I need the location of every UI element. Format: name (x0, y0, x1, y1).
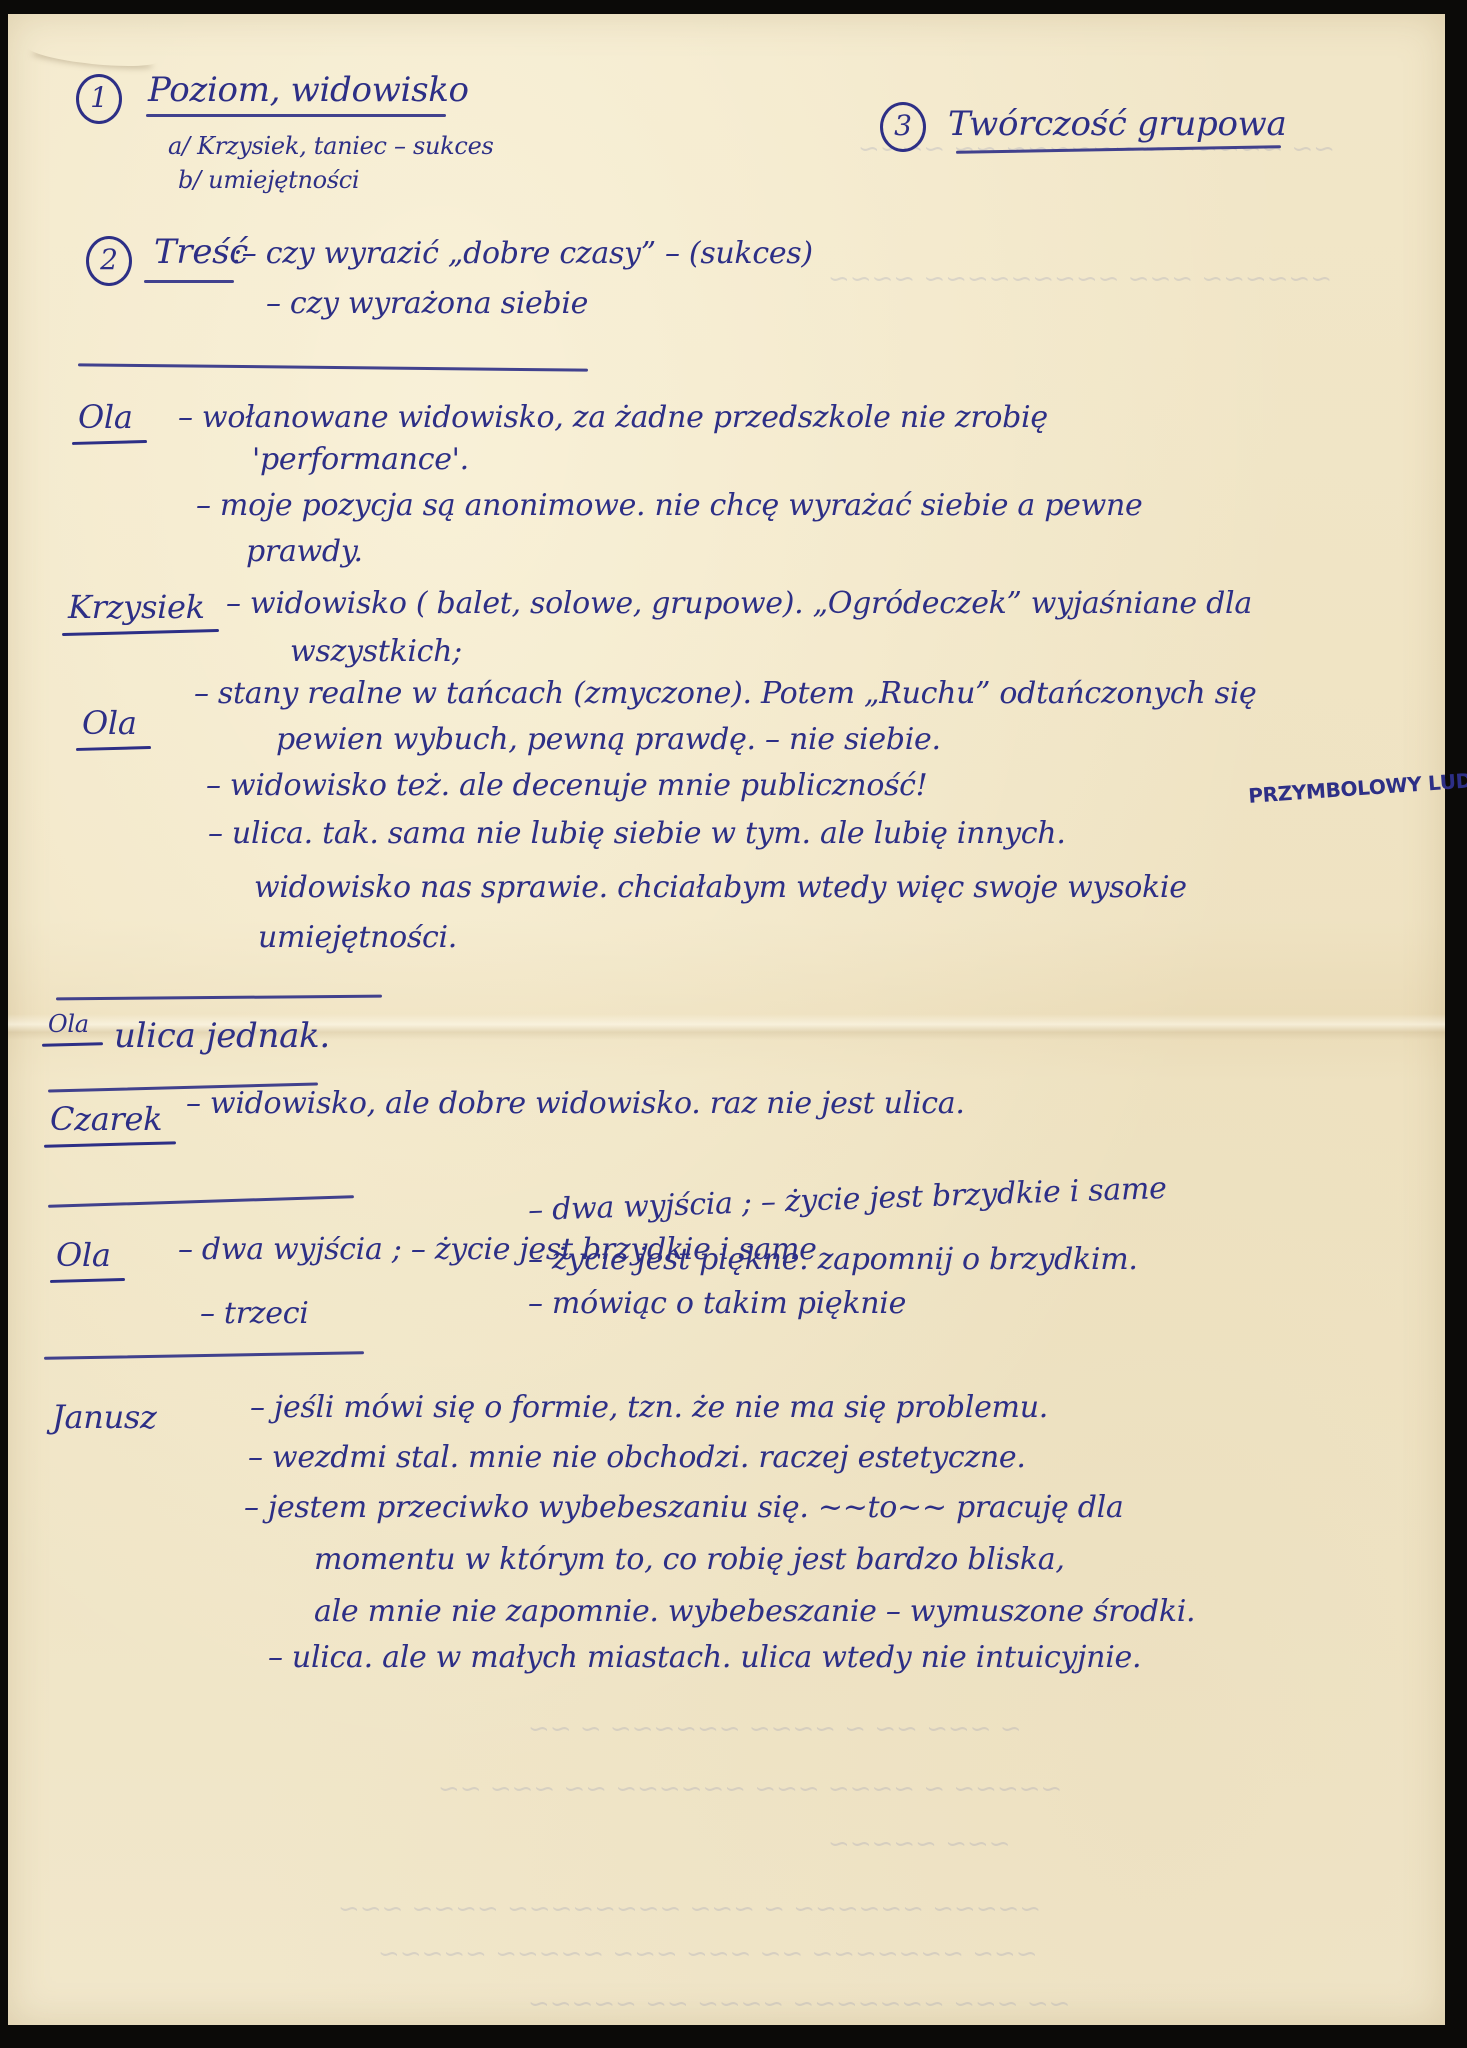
entry-line: – widowisko, ale dobre widowisko. raz ni… (186, 1086, 965, 1121)
entry-divider (44, 1351, 364, 1360)
entry-line: pewien wybuch, pewną prawdę. – nie siebi… (276, 722, 941, 757)
heading-1-title: Poziom, widowisko (148, 70, 469, 110)
entry-line: – jestem przeciwko wybebeszaniu się. ~~t… (244, 1490, 1124, 1525)
margin-note: PRZYMBOLOWY LUDZIE.!! (1248, 764, 1467, 808)
speaker-label: Ola (78, 398, 133, 436)
speaker-label: Czarek (50, 1100, 162, 1138)
entry-line: – widowisko ( balet, solowe, grupowe). „… (226, 586, 1252, 621)
entry-line: ale mnie nie zapomnie. wybebeszanie – wy… (314, 1594, 1195, 1629)
entry-divider (56, 995, 382, 1001)
entry-divider (48, 1195, 354, 1208)
entry-line: – wezdmi stal. mnie nie obchodzi. raczej… (248, 1440, 1026, 1475)
speaker-label: Ola (82, 704, 137, 742)
heading-1-item: b/ umiejętności (178, 166, 359, 194)
heading-number-1: 1 (76, 74, 122, 124)
entry-line: – wołanowane widowisko, za żadne przedsz… (178, 400, 1048, 435)
bleed-through-text: ~~~~~ ~ ~~~~ ~~~ ~~~~~~ ~~ ~~~ ~~ (438, 1774, 1062, 1804)
heading-2-item: :– czy wyrazić „dobre czasy” – (sukces) (232, 236, 813, 271)
heading-1-underline (146, 114, 446, 117)
speaker-label: Ola (48, 1010, 89, 1038)
paper-crease (27, 37, 158, 70)
entry-line: – widowisko też. ale decenuje mnie publi… (206, 768, 927, 803)
bleed-through-text: ~~~~~~ ~~~ ~~~~~~~~~ ~~~~ (828, 264, 1332, 294)
heading-number-3: 3 (880, 102, 926, 152)
entry-line: – mówiąc o takim pięknie (528, 1286, 906, 1321)
entry-line: – dwa wyjścia ; – życie jest brzydkie i … (528, 1171, 1167, 1228)
entry-line: – ulica. ale w małych miastach. ulica wt… (268, 1640, 1141, 1675)
manuscript-page: ~ ~~~ ~~ ~ ~~~~ ~~~~~~ ~ ~~ ~~~~~ ~ ~~~~… (8, 14, 1445, 2025)
heading-3-title: Twórczość grupowa (948, 104, 1286, 144)
entry-line: widowisko nas sprawie. chciałabym wtedy … (254, 870, 1187, 905)
bleed-through-text: ~~~~~ ~~~~~~ ~ ~~~ ~~~~~~~~ ~~~~ ~~~ (338, 1894, 1041, 1924)
entry-line: – jeśli mówi się o formie, tzn. że nie m… (250, 1390, 1048, 1425)
entry-line: ulica jednak. (114, 1016, 330, 1056)
speaker-label: Ola (56, 1236, 111, 1274)
entry-aside: – trzeci (200, 1296, 309, 1331)
section-divider (78, 363, 588, 371)
entry-line: – życie jest piękne. zapomnij o brzydkim… (528, 1242, 1138, 1277)
heading-2-item: – czy wyrażona siebie (266, 286, 588, 321)
entry-line: umiejętności. (258, 920, 457, 955)
bleed-through-text: ~~~ ~~~~~ (828, 1829, 1011, 1859)
entry-line: – ulica. tak. sama nie lubię siebie w ty… (208, 816, 1066, 851)
heading-1-item: a/ Krzysiek, taniec – sukces (168, 132, 494, 160)
bleed-through-text: ~~~ ~~~~~~~ ~~ ~~~ ~~~ ~~~~~ ~~~~~ (378, 1939, 1038, 1969)
speaker-label: Janusz (52, 1398, 157, 1436)
speaker-label: Krzysiek (68, 588, 205, 626)
bleed-through-text: ~ ~~~ ~~ ~ ~~~~ ~~~~~~ ~ ~~ (528, 1714, 1022, 1744)
entry-line: – stany realne w tańcach (zmyczone). Pot… (194, 676, 1256, 711)
entry-line: prawdy. (246, 534, 363, 569)
entry-line: 'performance'. (252, 442, 469, 477)
bleed-through-text: ~~ ~~~ ~~~~~~~ ~~~~ ~~ ~~~~~ (528, 1989, 1070, 2019)
entry-line: – moje pozycja są anonimowe. nie chcę wy… (196, 488, 1142, 523)
heading-number-2: 2 (86, 236, 132, 286)
heading-2-underline (144, 280, 234, 283)
entry-line: momentu w którym to, co robię jest bardz… (314, 1542, 1065, 1577)
entry-line: wszystkich; (290, 634, 462, 669)
